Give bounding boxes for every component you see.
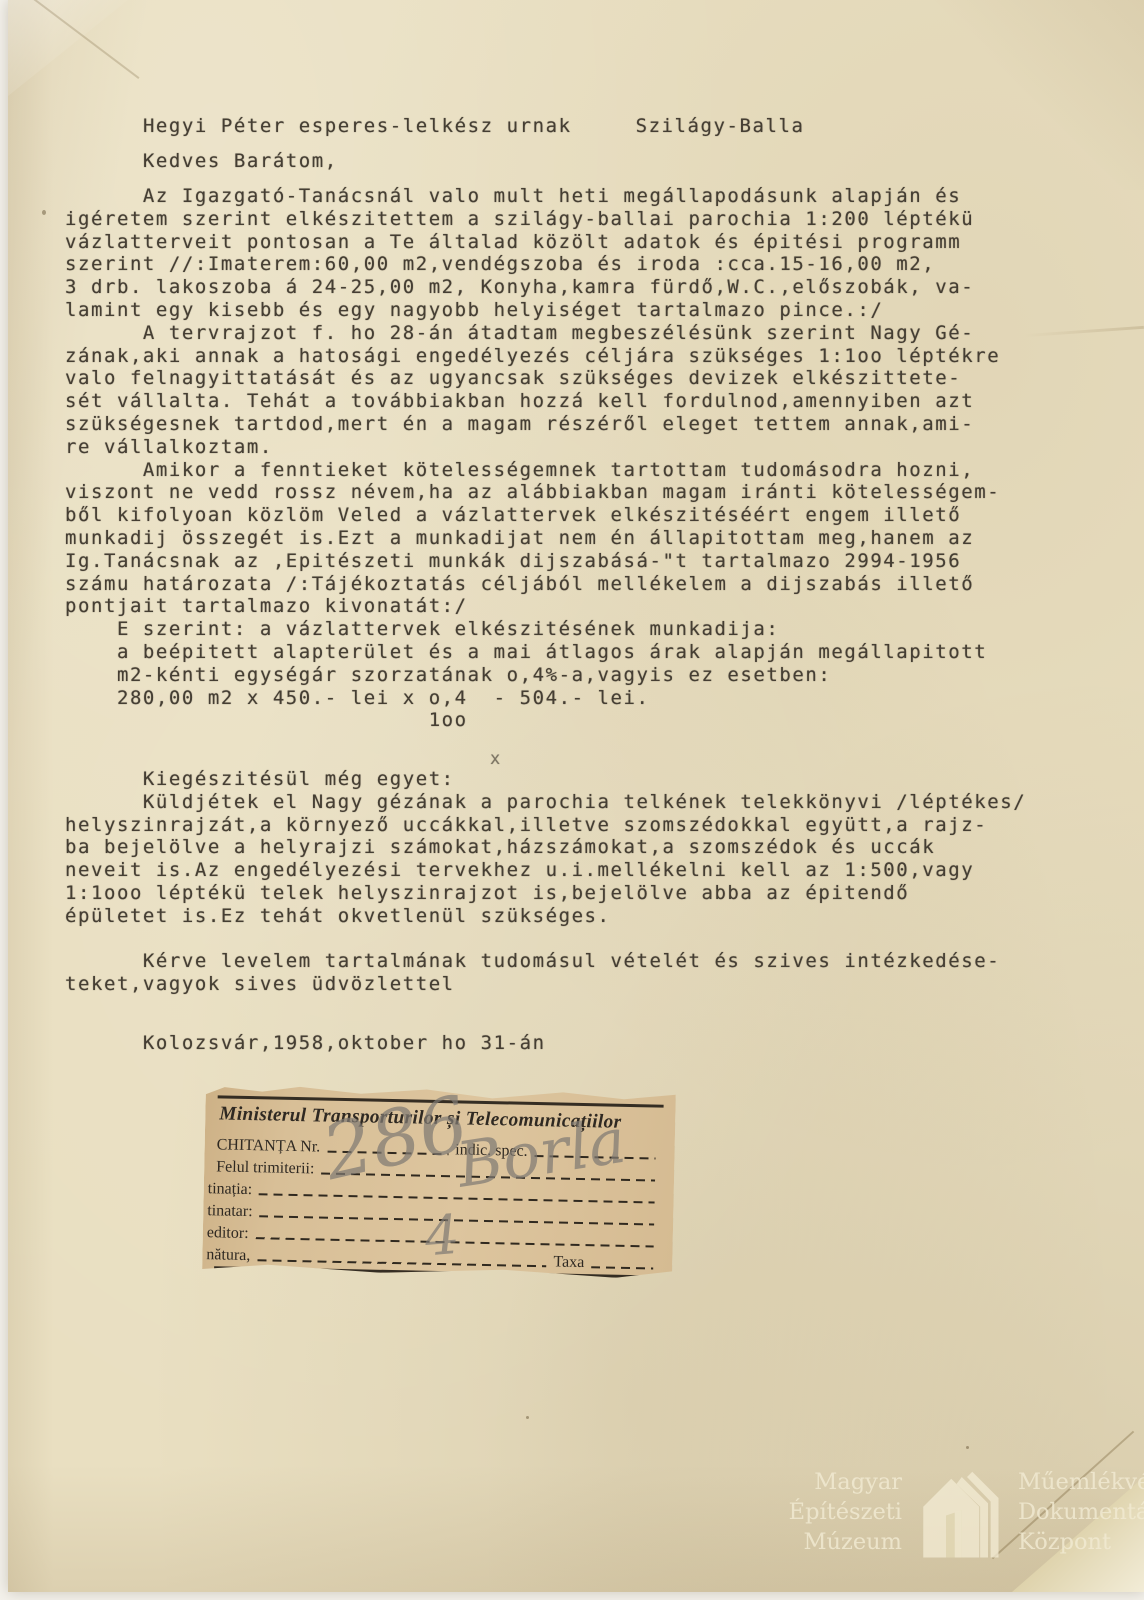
- watermark-right-text: MűemlékvédelmiDokumentációsKözpont: [1018, 1467, 1144, 1557]
- typed-line: a beépitett alapterület és a mai átlagos…: [65, 641, 1000, 664]
- stamp-label-semnatura: nătura,: [206, 1246, 250, 1265]
- stamp-title: Ministerul Transporturilor și Telecomuni…: [219, 1103, 657, 1134]
- watermark-line: Műemlékvédelmi: [1018, 1467, 1144, 1497]
- watermark-left-text: MagyarÉpítészetiMúzeum: [760, 1467, 902, 1557]
- typed-line: Kiegészitésül még egyet:: [65, 768, 1026, 791]
- stamp-dash-rule: [327, 1151, 448, 1156]
- body-block-3: Kérve levelem tartalmának tudomásul véte…: [65, 950, 1000, 996]
- typed-line: sét vállalta. Tehát a továbbiakban hozzá…: [65, 390, 1000, 413]
- ink-speck: [526, 1416, 529, 1419]
- body-block-1: Az Igazgató-Tanácsnál valo mult heti meg…: [65, 185, 1000, 732]
- date-line: Kolozsvár,1958,oktober ho 31-án: [65, 1032, 546, 1055]
- typed-line: 3 drb. lakoszoba á 24-25,00 m2, Konyha,k…: [65, 276, 1000, 299]
- stamp-label-destinatia: tinația:: [208, 1180, 253, 1199]
- typed-line: 1:1ooo léptékü telek helyszinrajzot is,b…: [65, 882, 1026, 905]
- typed-line: Ig.Tanácsnak az ,Epitészeti munkák dijsz…: [65, 550, 1000, 573]
- archive-watermark: MagyarÉpítészetiMúzeum MűemlékvédelmiDok…: [760, 1462, 1144, 1562]
- typed-line: neveit is.Az engedélyezési tervekhez u.i…: [65, 859, 1026, 882]
- typed-line: E szerint: a vázlattervek elkészitésének…: [65, 618, 1000, 641]
- stamp-label-taxa: Taxa: [553, 1253, 584, 1272]
- stamp-label-chitanta: CHITANȚA Nr.: [216, 1136, 320, 1156]
- typed-line: igéretem szerint elkészitettem a szilágy…: [65, 208, 1000, 231]
- typed-line: re vállalkoztam.: [65, 436, 1000, 459]
- paper-fold-topleft: [8, 0, 128, 96]
- typed-line: ba bejelölve a helyrajzi számokat,házszá…: [65, 836, 1026, 859]
- stamp-label-indic-spec: indic. spec.: [455, 1141, 528, 1161]
- typed-line: m2-kénti egységár szorzatának o,4%-a,vag…: [65, 664, 1000, 687]
- typed-line: pontjait tartalmazo kivonatát:/: [65, 595, 1000, 618]
- typed-line: 280,00 m2 x 450.- lei x o,4 - 504.- lei.: [65, 687, 1000, 710]
- typed-line: számu határozata /:Tájékoztatás céljából…: [65, 573, 1000, 596]
- ink-speck: [966, 1446, 969, 1449]
- typed-line: valo felnagyittatását és az ugyancsak sz…: [65, 367, 1000, 390]
- watermark-line: Dokumentációs: [1018, 1497, 1144, 1527]
- typed-line: zának,aki annak a hatosági engedélyezés …: [65, 345, 1000, 368]
- stamp-dash-rule: [591, 1266, 653, 1269]
- house-logo-icon: [918, 1462, 1002, 1562]
- scanned-letter-page: Hegyi Péter esperes-lelkész urnakSzilágy…: [0, 0, 1144, 1600]
- typed-line: szerint //:Imaterem:60,00 m2,vendégszoba…: [65, 253, 1000, 276]
- paper-crease-right: [1024, 326, 1144, 337]
- watermark-line: Központ: [1018, 1527, 1144, 1557]
- typed-line: vázlatterveit pontosan a Te általad közö…: [65, 231, 1000, 254]
- typed-line: lamint egy kisebb és egy nagyobb helyisé…: [65, 299, 1000, 322]
- typed-line: Az Igazgató-Tanácsnál valo mult heti meg…: [65, 185, 1000, 208]
- stamp-dash-rule: [257, 1259, 546, 1267]
- typed-line: Amikor a fenntieket kötelességemnek tart…: [65, 459, 1000, 482]
- ministry-receipt-stamp: Ministerul Transporturilor și Telecomuni…: [202, 1081, 676, 1279]
- addressee-name: Hegyi Péter esperes-lelkész urnak: [143, 115, 572, 137]
- typed-line: Küldjétek el Nagy gézának a parochia tel…: [65, 791, 1026, 814]
- letter-paper: Hegyi Péter esperes-lelkész urnakSzilágy…: [8, 0, 1144, 1592]
- typed-line: 1oo: [65, 709, 1000, 732]
- typed-line: A tervrajzot f. ho 28-án átadtam megbesz…: [65, 322, 1000, 345]
- typed-line: munkadij összegét is.Ezt a munkadijat ne…: [65, 527, 1000, 550]
- typed-line: helyszinrajzát,a környező uccákkal,illet…: [65, 814, 1026, 837]
- ink-speck: [42, 210, 46, 215]
- watermark-line: Múzeum: [760, 1527, 902, 1557]
- stamp-label-expeditor: editor:: [207, 1224, 249, 1243]
- stamp-dash-rule: [535, 1155, 656, 1160]
- addressee-location: Szilágy-Balla: [636, 115, 805, 137]
- body-block-2: Kiegészitésül még egyet: Küldjétek el Na…: [65, 768, 1026, 928]
- typed-line: Kérve levelem tartalmának tudomásul véte…: [65, 950, 1000, 973]
- typed-line: épületet is.Ez tehát okvetlenül szüksége…: [65, 905, 1026, 928]
- paper-crease-topright: [884, 0, 1144, 190]
- typed-line: szükségesnek tartdod,mert én a magam rés…: [65, 413, 1000, 436]
- salutation: Kedves Barátom,: [65, 150, 338, 173]
- typed-line: viszont ne vedd rossz névem,ha az alábbi…: [65, 481, 1000, 504]
- stamp-label-felul: Felul trimiterii:: [216, 1158, 315, 1178]
- stamp-label-destinatar: tinatar:: [207, 1202, 253, 1221]
- typed-line: teket,vagyok sives üdvözlettel: [65, 973, 1000, 996]
- watermark-line: Építészeti: [760, 1497, 902, 1527]
- watermark-line: Magyar: [760, 1467, 902, 1497]
- typed-line: ből kifolyoan közlöm Veled a vázlatterve…: [65, 504, 1000, 527]
